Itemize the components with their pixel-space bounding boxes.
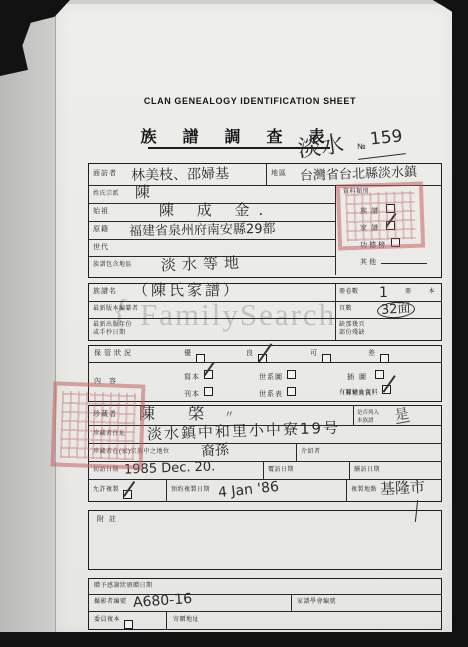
volumes-unit-ce: 冊 [405, 289, 412, 297]
mail-address-label: 寄贈地址 [173, 617, 199, 625]
row-photographer: 攝影者編號 A680-16 家譜學會編號 [89, 595, 441, 612]
committee-copy-label: 委員複本 [94, 617, 120, 625]
copy-place-value: 基隆市 [380, 480, 426, 497]
content-item-kanben: 刊本 [184, 383, 213, 401]
holder-ditto-mark: 〃 [224, 411, 234, 421]
checkbox-kanben [204, 387, 213, 396]
interviewer-value: 林美枝、邵婦基 [131, 167, 229, 183]
handwritten-number: 159 [369, 128, 403, 148]
row-founder: 始祖 陳 成 金. [89, 204, 335, 222]
origin-label: 原籍 [93, 226, 109, 234]
row-award-date: 贈予感謝狀頒贈日期 [89, 579, 441, 595]
followup-visit-label: 續訪日期 [354, 467, 380, 475]
checkbox-cha [380, 354, 389, 363]
content-item-shixitu: 世系圖 [259, 366, 296, 384]
condition-option-ke: 可 [310, 350, 318, 358]
origin-value: 福建省泉州府南安縣29都 [129, 223, 276, 239]
introducer-label: 介紹者 [301, 449, 321, 457]
book-name-label: 族譜名 [93, 288, 117, 296]
notes-box: 附註 [88, 510, 442, 570]
condition-option-cha: 差 [368, 350, 376, 358]
volumes-unit-ben: 本 [428, 289, 435, 297]
photographer-number-value: A680-16 [132, 592, 192, 610]
row-coverage: 族譜包含地區 淡水等地 [89, 257, 335, 275]
interviewer-label: 面訪者 [93, 170, 117, 178]
listed-label: 是否列入本族譜 [357, 408, 379, 424]
row-committee-copy: 委員複本 寄贈地址 [89, 612, 441, 629]
volumes-value: 1 [379, 286, 388, 300]
holder-address-value: 淡水鎮中和里小中寮19号 [147, 421, 340, 443]
checkbox-shixitu [287, 370, 296, 379]
row-origin: 原籍 福建省泉州府南安縣29都 [89, 222, 335, 240]
photographer-number-label: 攝影者編號 [94, 599, 127, 607]
checkbox-committee-copy [124, 620, 133, 629]
row-publish-date: 最新出版年份或手抄日期 缺那幾頁部份殘缺 [89, 319, 441, 340]
category-option-other: 其他 [360, 251, 427, 268]
pages-value: 32面 [376, 301, 415, 320]
checkbox-you [196, 354, 205, 363]
row-copy-permission: 允許複製 預約複製日期 4 Jan '86 複製地點 基隆市 [89, 480, 441, 501]
number-prefix: № [357, 142, 367, 152]
title-english: CLAN GENEALOGY IDENTIFICATION SHEET [140, 96, 360, 106]
award-date-label: 贈予感謝狀頒贈日期 [94, 583, 153, 591]
red-seal-bottom-left [51, 381, 146, 469]
notes-label: 附註 [97, 516, 121, 524]
holder-value: 陳 棨 [139, 406, 218, 422]
clan-label: 姓氏宗派 [93, 191, 119, 199]
coverage-value: 淡水等地 [161, 255, 245, 273]
missing-pages-label: 缺那幾頁部份殘缺 [339, 322, 365, 337]
holder-position-value: 裔孫 [201, 443, 230, 459]
planned-copy-date-value: 4 Jan '86 [217, 479, 279, 499]
red-seal-top-right [336, 182, 425, 251]
volumes-label: 冊卷數 [339, 289, 359, 297]
condition-label: 保管狀況 [94, 350, 134, 358]
content-item-xieben: 寫本 [184, 366, 213, 384]
condition-option-you: 優 [184, 350, 192, 358]
checkbox-chatu [375, 370, 384, 379]
founder-label: 始祖 [93, 208, 109, 216]
checkbox-shixibiao [287, 387, 296, 396]
content-note: （非僅姓氏） [339, 391, 378, 399]
book-name-value: （陳氏家譜） [133, 283, 241, 298]
publish-date-label: 最新出版年份或手抄日期 [93, 322, 132, 337]
revisit-label: 覆訪日期 [268, 467, 294, 475]
clan-value: 陳 [135, 185, 150, 200]
row-condition: 保管狀況 優 良 可 差 [89, 346, 441, 363]
planned-copy-date-label: 預約複製日期 [171, 487, 210, 495]
content-item-shixibiao: 世系表 [259, 383, 296, 401]
condition-option-liang: 良 [246, 350, 254, 358]
film-edge-bottom [0, 632, 468, 647]
scanned-microfilm-page: { FamilySearch CLAN GENEALOGY IDENTIFICA… [0, 0, 468, 647]
society-number-label: 家譜學會編號 [297, 599, 336, 607]
category-option-label: 其他 [360, 259, 378, 266]
checkbox-ke [322, 354, 331, 363]
table-admin: 贈予感謝狀頒贈日期 攝影者編號 A680-16 家譜學會編號 委員複本 寄贈地址 [88, 578, 442, 630]
handwritten-place: 淡水 [297, 133, 345, 161]
copy-place-label: 複製地點 [351, 487, 377, 495]
generations-label: 世代 [93, 244, 109, 252]
red-seal-pattern [345, 191, 416, 241]
row-book-name: 族譜名 （陳氏家譜） 冊卷數 1 冊 本 [89, 284, 441, 302]
founder-value: 陳 成 金. [159, 203, 272, 218]
area-label: 地區 [271, 170, 287, 178]
table-book-info: 族譜名 （陳氏家譜） 冊卷數 1 冊 本 最新版本編纂者 頁數 32面 最新出版… [88, 283, 442, 341]
pages-label: 頁數 [339, 306, 352, 314]
coverage-label: 族譜包含地區 [93, 262, 132, 270]
film-edge-right [452, 0, 468, 647]
row-editor: 最新版本編纂者 頁數 32面 [89, 302, 441, 319]
permit-copy-label: 允許複製 [93, 487, 119, 495]
other-fill-line [381, 255, 427, 264]
editor-label: 最新版本編纂者 [93, 306, 139, 314]
listed-value-scribble: 是 [394, 407, 410, 424]
area-value: 台灣省台北縣淡水鎮 [300, 166, 417, 183]
red-seal-pattern [60, 391, 136, 461]
